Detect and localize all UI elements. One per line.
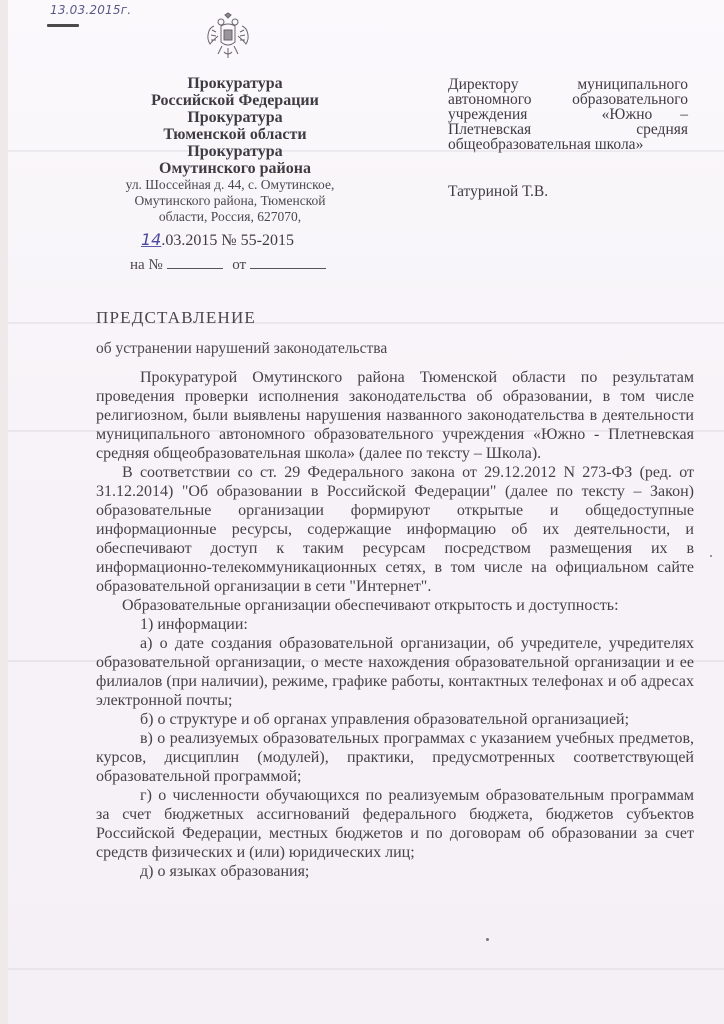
document-title: ПРЕДСТАВЛЕНИЕ — [96, 308, 256, 328]
scan-speck — [486, 938, 489, 941]
recipient-line: Плетневская средняя — [448, 122, 688, 137]
address-line: области, Россия, 627070, — [110, 209, 350, 225]
recipient-word: средняя — [636, 122, 688, 137]
reply-number-blank — [167, 256, 223, 269]
address-line: Омутинского района, Тюменской — [110, 193, 350, 209]
org-line: Российской Федерации — [120, 92, 350, 109]
reply-reference: на № от — [130, 256, 326, 274]
sender-address: ул. Шоссейная д. 44, с. Омутинское, Омут… — [110, 177, 350, 225]
org-line: Прокуратура — [120, 143, 350, 160]
paragraph: Прокуратурой Омутинского района Тюменско… — [96, 368, 694, 463]
reply-from-label: от — [232, 257, 246, 273]
recipient-word: учреждения — [448, 107, 527, 122]
reply-number-label: на № — [130, 257, 163, 273]
recipient-word: муниципального — [577, 77, 688, 92]
scan-artifact — [8, 968, 724, 970]
list-item: а) о дате создания образовательной орган… — [96, 634, 694, 710]
recipient-word: – — [680, 107, 688, 122]
recipient-word: Плетневская — [448, 122, 531, 137]
recipient-word: автономного — [448, 92, 531, 107]
reply-date-blank — [250, 256, 326, 269]
document-subtitle: об устранении нарушений законодательства — [96, 340, 387, 358]
handwritten-day: 14 — [141, 230, 161, 249]
list-item: д) о языках образования; — [96, 862, 694, 881]
list-item: г) о численности обучающихся по реализуе… — [96, 786, 694, 862]
outgoing-number: .03.2015 № 55-2015 — [161, 232, 294, 249]
scan-speck — [710, 555, 712, 557]
paragraph: Образовательные организации обеспечивают… — [96, 596, 694, 615]
paragraph: 1) информации: — [96, 615, 694, 634]
sender-organization: Прокуратура Российской Федерации Прокура… — [120, 75, 350, 177]
recipient-line: общеобразовательная школа» — [448, 137, 688, 152]
outgoing-reference: 14.03.2015 № 55-2015 — [141, 230, 294, 250]
document-body: Прокуратурой Омутинского района Тюменско… — [96, 368, 694, 881]
handwritten-received-date: 13.03.2015г. — [50, 3, 131, 17]
recipient-line: учреждения «Южно – — [448, 107, 688, 122]
org-line: Тюменской области — [120, 126, 350, 143]
recipient-word: «Южно — [602, 107, 653, 122]
paragraph: В соответствии со ст. 29 Федерального за… — [96, 463, 694, 596]
scan-left-edge — [0, 0, 8, 1024]
org-line: Омутинского района — [120, 160, 350, 177]
recipient-word: общеобразовательная школа» — [448, 137, 643, 152]
address-line: ул. Шоссейная д. 44, с. Омутинское, — [110, 177, 350, 193]
org-line: Прокуратура — [120, 75, 350, 92]
org-line: Прокуратура — [120, 109, 350, 126]
staple — [47, 24, 79, 27]
list-item: в) о реализуемых образовательных програм… — [96, 729, 694, 786]
list-item: б) о структуре и об органах управления о… — [96, 710, 694, 729]
recipient-word: образовательного — [572, 92, 688, 107]
recipient-word: Директору — [448, 77, 518, 92]
recipient-line: автономного образовательного — [448, 92, 688, 107]
coat-of-arms-icon — [204, 12, 252, 62]
recipient-block: Директору муниципального автономного обр… — [448, 77, 688, 199]
recipient-line: Директору муниципального — [448, 77, 688, 92]
recipient-name: Татуриной Т.В. — [448, 184, 688, 199]
